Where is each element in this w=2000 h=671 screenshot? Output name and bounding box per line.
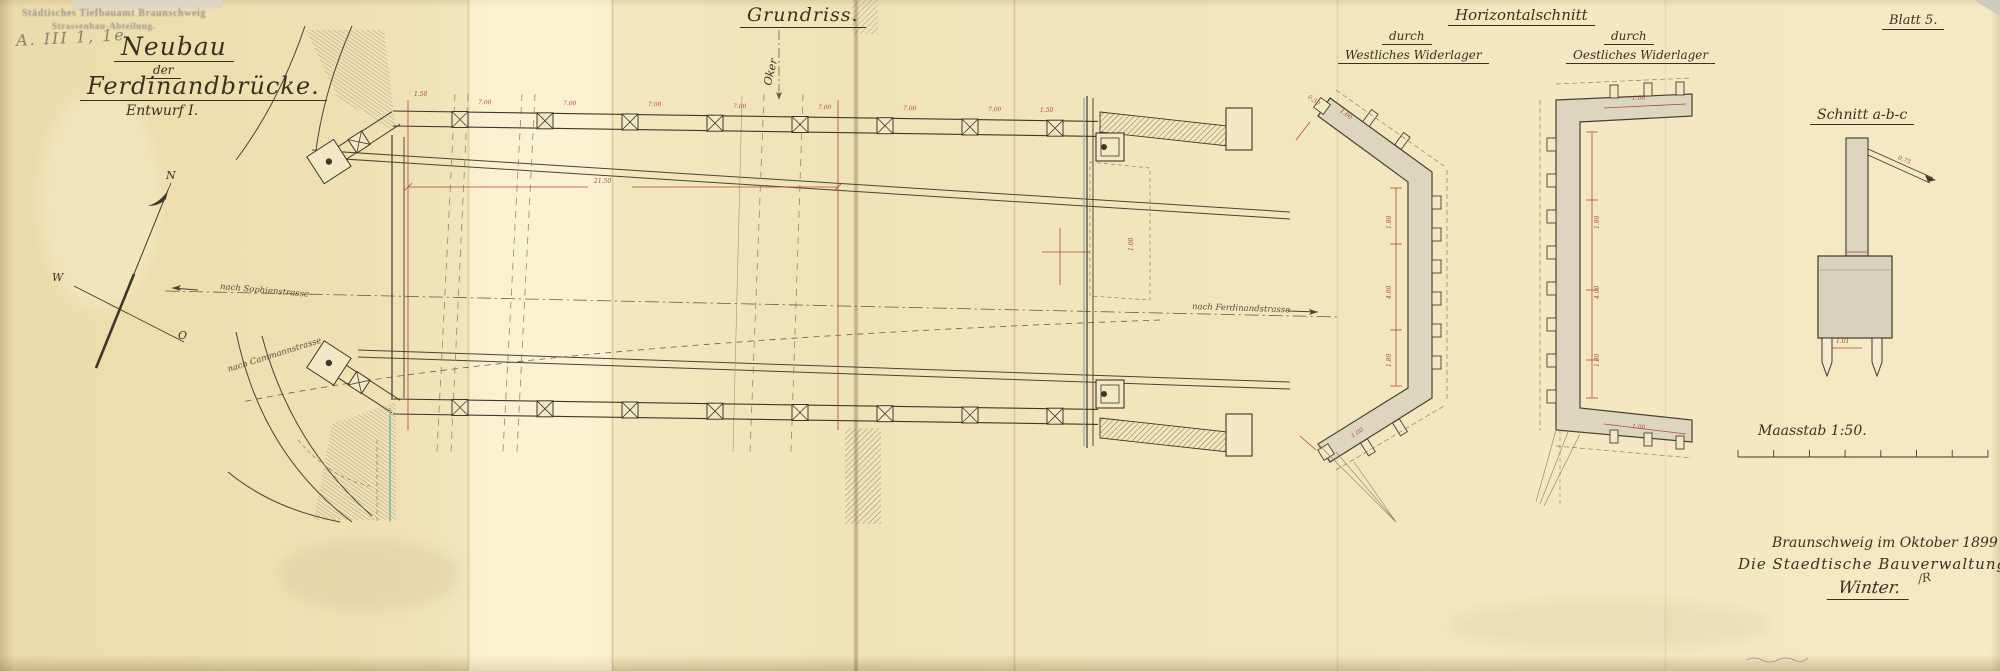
plan-title: Grundriss. <box>740 6 866 28</box>
plan-main-girders <box>393 111 1098 424</box>
compass-west-label: W <box>52 272 63 283</box>
detail-section-drawing <box>1818 138 1936 376</box>
signature: Winter. <box>1827 580 1912 600</box>
scale-bar <box>1738 450 1988 457</box>
section-east-abutment <box>1540 78 1692 458</box>
sections-title: Horizontalschnitt <box>1448 8 1595 26</box>
countersignature: /R <box>1917 571 1932 585</box>
imprint-authority: Die Staedtische Bauverwaltung : <box>1738 557 2000 572</box>
section-east-prefix: durch <box>1604 30 1654 45</box>
title-line1: Neubau <box>114 34 234 62</box>
office-stamp-line1: Städtisches Tiefbauamt Braunschweig <box>22 8 206 19</box>
compass-north-label: N <box>166 170 176 181</box>
archival-pencil-mark <box>1746 658 1808 662</box>
drawing-sheet: Städtisches Tiefbauamt Braunschweig Stra… <box>0 0 2000 671</box>
title-line4: Entwurf I. <box>126 104 198 118</box>
detail-section-title: Schnitt a-b-c <box>1810 108 1914 125</box>
plan-east-abutment <box>1084 96 1252 456</box>
plan-quay-walls <box>312 150 1290 389</box>
compass-east-label: O <box>178 330 187 341</box>
plan-river-banks <box>437 94 803 452</box>
section-west-prefix: durch <box>1382 30 1432 45</box>
imprint-place-date: Braunschweig im Oktober 1899 <box>1772 536 1998 550</box>
scale-label: Maasstab 1:50. <box>1758 424 1867 438</box>
section-east-name: Oestliches Widerlager <box>1566 49 1715 64</box>
compass-icon <box>74 183 184 368</box>
section-west-name: Westliches Widerlager <box>1338 49 1489 64</box>
title-line3: Ferdinandbrücke. <box>80 74 327 101</box>
sheet-number: Blatt 5. <box>1882 14 1944 30</box>
section-west-abutment <box>1296 90 1447 470</box>
